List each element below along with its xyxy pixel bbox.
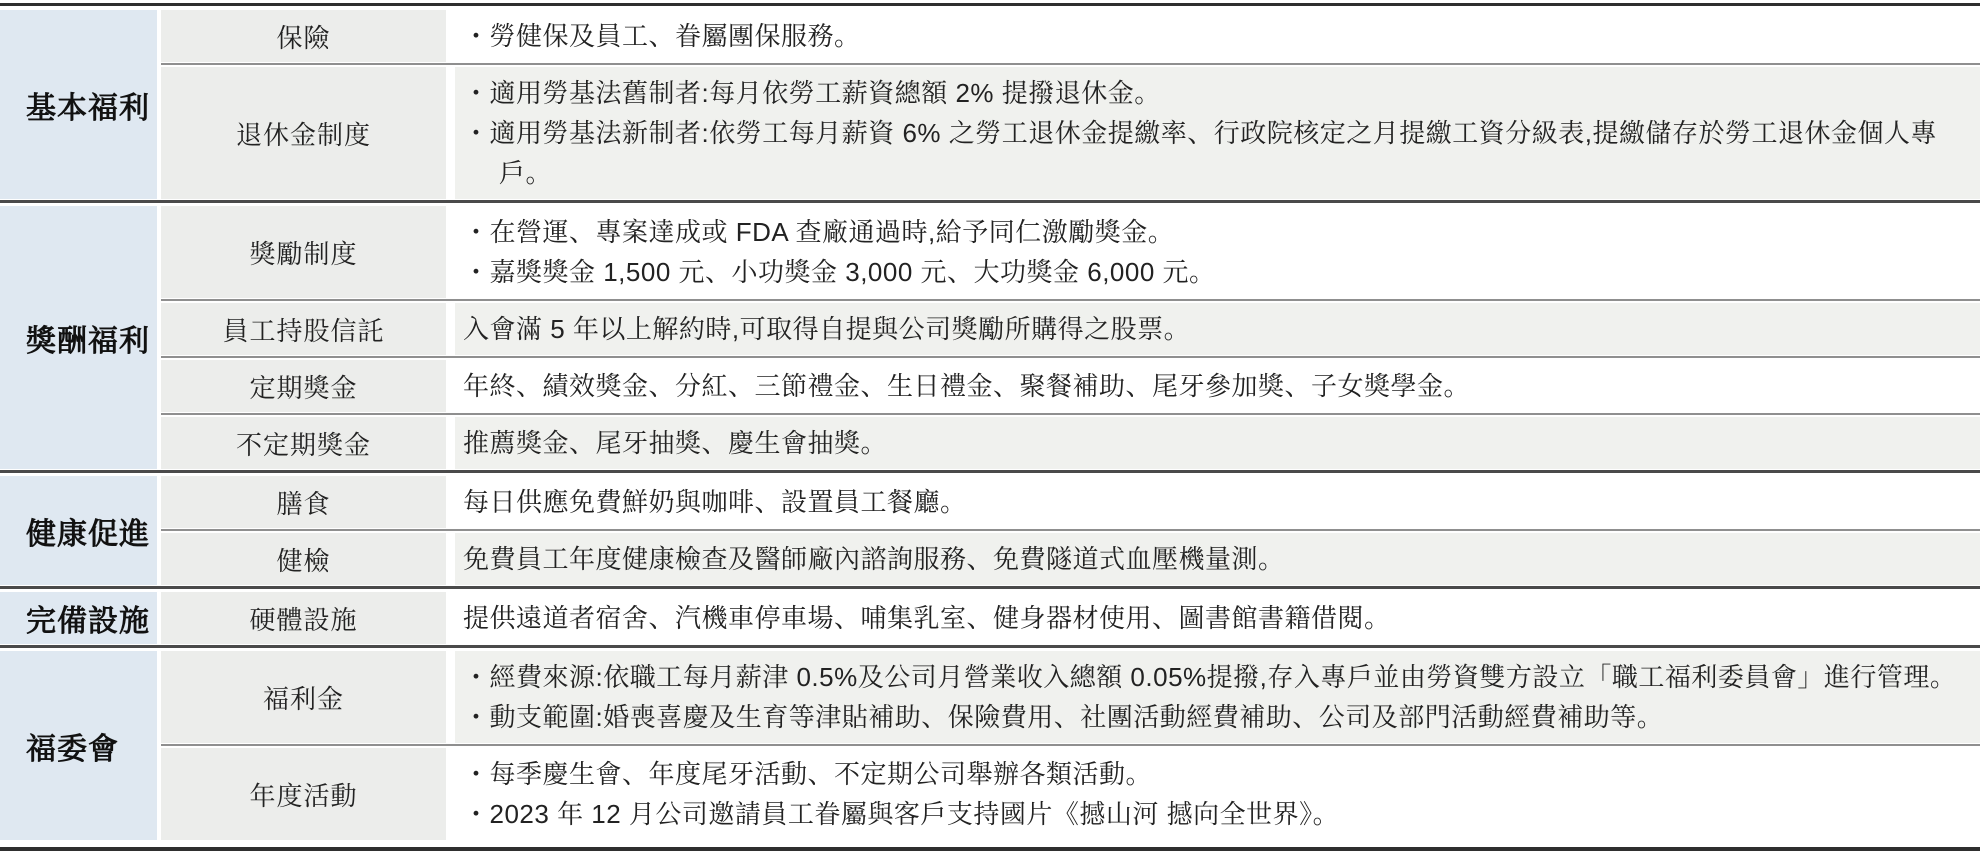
subcategory-cell: 退休金制度 [161, 67, 446, 199]
category-cell: 健康促進 [0, 476, 157, 585]
category-cell: 基本福利 [0, 10, 157, 199]
subcategory-cell: 年度活動 [161, 748, 446, 840]
row-divider-line [161, 299, 1980, 301]
table-row: 福利金・經費來源:依職工每月薪津 0.5%及公司月營業收入總額 0.05%提撥,… [161, 651, 1980, 743]
table-bottom-border [0, 847, 1980, 851]
benefit-section: 福委會福利金・經費來源:依職工每月薪津 0.5%及公司月營業收入總額 0.05%… [0, 651, 1980, 840]
benefit-section: 完備設施硬體設施提供遠道者宿舍、汽機車停車場、哺集乳室、健身器材使用、圖書館書籍… [0, 592, 1980, 644]
description-cell: 推薦獎金、尾牙抽獎、慶生會抽獎。 [455, 417, 1980, 469]
table-bottom-gap [0, 840, 1980, 844]
bullet-item: ・在營運、專案達成或 FDA 查廠通過時,給予同仁激勵獎金。 [463, 212, 1972, 252]
section-rows: 硬體設施提供遠道者宿舍、汽機車停車場、哺集乳室、健身器材使用、圖書館書籍借閱。 [161, 592, 1980, 644]
section-rows: 福利金・經費來源:依職工每月薪津 0.5%及公司月營業收入總額 0.05%提撥,… [161, 651, 1980, 840]
subcategory-cell: 膳食 [161, 476, 446, 528]
table-row: 不定期獎金推薦獎金、尾牙抽獎、慶生會抽獎。 [161, 417, 1980, 469]
description-text: 提供遠道者宿舍、汽機車停車場、哺集乳室、健身器材使用、圖書館書籍借閱。 [463, 598, 1972, 638]
category-cell: 獎酬福利 [0, 206, 157, 469]
description-cell: ・勞健保及員工、眷屬團保服務。 [455, 10, 1980, 62]
subcategory-cell: 定期獎金 [161, 360, 446, 412]
table-row: 膳食每日供應免費鮮奶與咖啡、設置員工餐廳。 [161, 476, 1980, 528]
row-divider-line [161, 63, 1980, 65]
description-text: 免費員工年度健康檢查及醫師廠內諮詢服務、免費隧道式血壓機量測。 [463, 539, 1972, 579]
section-rows: 獎勵制度・在營運、專案達成或 FDA 查廠通過時,給予同仁激勵獎金。・嘉獎獎金 … [161, 206, 1980, 469]
table-row: 退休金制度・適用勞基法舊制者:每月依勞工薪資總額 2% 提撥退休金。・適用勞基法… [161, 67, 1980, 199]
table-body: 基本福利保險・勞健保及員工、眷屬團保服務。退休金制度・適用勞基法舊制者:每月依勞… [0, 10, 1980, 840]
subcategory-cell: 健檢 [161, 533, 446, 585]
section-divider-line [0, 200, 1980, 203]
table-row: 硬體設施提供遠道者宿舍、汽機車停車場、哺集乳室、健身器材使用、圖書館書籍借閱。 [161, 592, 1980, 644]
description-cell: ・在營運、專案達成或 FDA 查廠通過時,給予同仁激勵獎金。・嘉獎獎金 1,50… [455, 206, 1980, 298]
description-text: 推薦獎金、尾牙抽獎、慶生會抽獎。 [463, 423, 1972, 463]
bullet-item: ・勞健保及員工、眷屬團保服務。 [463, 16, 1972, 56]
bullet-item: ・經費來源:依職工每月薪津 0.5%及公司月營業收入總額 0.05%提撥,存入專… [463, 657, 1972, 697]
table-row: 年度活動・每季慶生會、年度尾牙活動、不定期公司舉辦各類活動。・2023 年 12… [161, 748, 1980, 840]
description-text: 年終、績效獎金、分紅、三節禮金、生日禮金、聚餐補助、尾牙參加獎、子女獎學金。 [463, 366, 1972, 406]
section-rows: 保險・勞健保及員工、眷屬團保服務。退休金制度・適用勞基法舊制者:每月依勞工薪資總… [161, 10, 1980, 199]
section-rows: 膳食每日供應免費鮮奶與咖啡、設置員工餐廳。健檢免費員工年度健康檢查及醫師廠內諮詢… [161, 476, 1980, 585]
table-row: 保險・勞健保及員工、眷屬團保服務。 [161, 10, 1980, 62]
category-cell: 福委會 [0, 651, 157, 840]
benefits-table: 基本福利保險・勞健保及員工、眷屬團保服務。退休金制度・適用勞基法舊制者:每月依勞… [0, 0, 1980, 851]
description-cell: 免費員工年度健康檢查及醫師廠內諮詢服務、免費隧道式血壓機量測。 [455, 533, 1980, 585]
description-cell: 年終、績效獎金、分紅、三節禮金、生日禮金、聚餐補助、尾牙參加獎、子女獎學金。 [455, 360, 1980, 412]
subcategory-cell: 員工持股信託 [161, 303, 446, 355]
bullet-item: ・適用勞基法新制者:依勞工每月薪資 6% 之勞工退休金提繳率、行政院核定之月提繳… [463, 113, 1972, 193]
bullet-item: ・嘉獎獎金 1,500 元、小功獎金 3,000 元、大功獎金 6,000 元。 [463, 252, 1972, 292]
table-row: 員工持股信託入會滿 5 年以上解約時,可取得自提與公司獎勵所購得之股票。 [161, 303, 1980, 355]
subcategory-cell: 福利金 [161, 651, 446, 743]
row-divider-line [161, 744, 1980, 746]
benefit-section: 獎酬福利獎勵制度・在營運、專案達成或 FDA 查廠通過時,給予同仁激勵獎金。・嘉… [0, 206, 1980, 469]
description-cell: 入會滿 5 年以上解約時,可取得自提與公司獎勵所購得之股票。 [455, 303, 1980, 355]
row-divider-line [161, 356, 1980, 358]
category-cell: 完備設施 [0, 592, 157, 644]
description-cell: ・每季慶生會、年度尾牙活動、不定期公司舉辦各類活動。・2023 年 12 月公司… [455, 748, 1980, 840]
table-row: 健檢免費員工年度健康檢查及醫師廠內諮詢服務、免費隧道式血壓機量測。 [161, 533, 1980, 585]
subcategory-cell: 保險 [161, 10, 446, 62]
bullet-item: ・2023 年 12 月公司邀請員工眷屬與客戶支持國片《撼山河 撼向全世界》。 [463, 794, 1972, 834]
row-divider-line [161, 529, 1980, 531]
description-cell: 提供遠道者宿舍、汽機車停車場、哺集乳室、健身器材使用、圖書館書籍借閱。 [455, 592, 1980, 644]
table-row: 定期獎金年終、績效獎金、分紅、三節禮金、生日禮金、聚餐補助、尾牙參加獎、子女獎學… [161, 360, 1980, 412]
subcategory-cell: 不定期獎金 [161, 417, 446, 469]
bullet-item: ・動支範圍:婚喪喜慶及生育等津貼補助、保險費用、社團活動經費補助、公司及部門活動… [463, 697, 1972, 737]
benefit-section: 基本福利保險・勞健保及員工、眷屬團保服務。退休金制度・適用勞基法舊制者:每月依勞… [0, 10, 1980, 199]
section-divider-line [0, 470, 1980, 473]
row-divider-line [161, 413, 1980, 415]
description-cell: ・經費來源:依職工每月薪津 0.5%及公司月營業收入總額 0.05%提撥,存入專… [455, 651, 1980, 743]
benefit-section: 健康促進膳食每日供應免費鮮奶與咖啡、設置員工餐廳。健檢免費員工年度健康檢查及醫師… [0, 476, 1980, 585]
subcategory-cell: 硬體設施 [161, 592, 446, 644]
description-text: 每日供應免費鮮奶與咖啡、設置員工餐廳。 [463, 482, 1972, 522]
bullet-item: ・每季慶生會、年度尾牙活動、不定期公司舉辦各類活動。 [463, 754, 1972, 794]
description-text: 入會滿 5 年以上解約時,可取得自提與公司獎勵所購得之股票。 [463, 309, 1972, 349]
description-cell: ・適用勞基法舊制者:每月依勞工薪資總額 2% 提撥退休金。・適用勞基法新制者:依… [455, 67, 1980, 199]
subcategory-cell: 獎勵制度 [161, 206, 446, 298]
section-divider-line [0, 645, 1980, 648]
bullet-item: ・適用勞基法舊制者:每月依勞工薪資總額 2% 提撥退休金。 [463, 73, 1972, 113]
section-divider-line [0, 586, 1980, 589]
table-row: 獎勵制度・在營運、專案達成或 FDA 查廠通過時,給予同仁激勵獎金。・嘉獎獎金 … [161, 206, 1980, 298]
description-cell: 每日供應免費鮮奶與咖啡、設置員工餐廳。 [455, 476, 1980, 528]
